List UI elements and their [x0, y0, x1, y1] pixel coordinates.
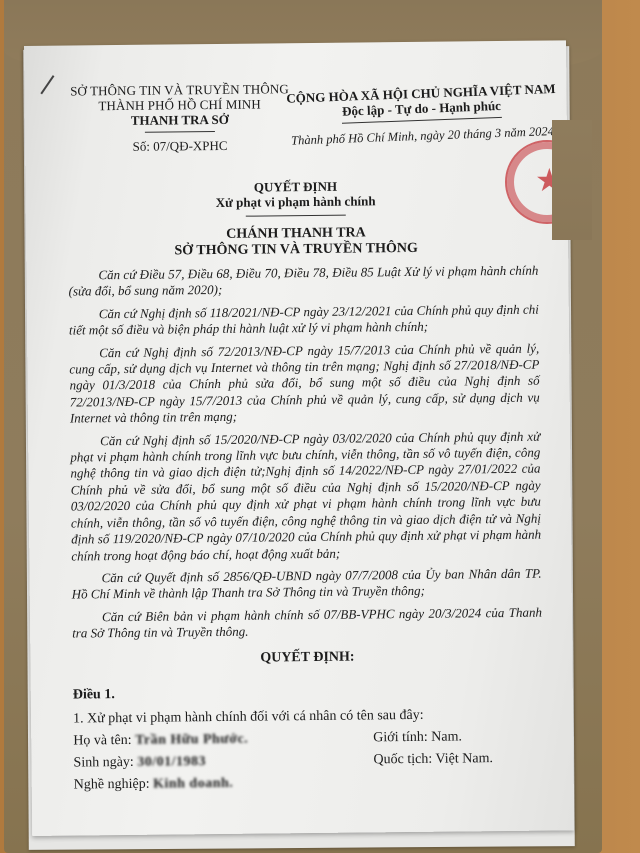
redacted-name: Trần Hữu Phước.	[135, 732, 248, 748]
agency-line-2: THÀNH PHỐ HỒ CHÍ MINH	[65, 96, 295, 113]
agency-line-3: THANH TRA SỞ	[65, 111, 295, 128]
place-and-date: Thành phố Hồ Chí Minh, ngày 20 tháng 3 n…	[287, 124, 557, 149]
document-body: Căn cứ Điều 57, Điều 68, Điều 70, Điều 7…	[68, 263, 544, 797]
redacted-dob: 30/01/1983	[137, 754, 206, 770]
legal-basis: Căn cứ Nghị định số 118/2021/NĐ-CP ngày …	[69, 301, 539, 339]
legal-basis: Căn cứ Biên bản vi phạm hành chính số 07…	[72, 604, 542, 642]
article-1: Điều 1. 1. Xử phạt vi phạm hành chính đố…	[73, 680, 544, 797]
document-number: Số: 07/QĐ-XPHC	[65, 137, 295, 154]
nationality-field: Quốc tịch: Việt Nam.	[373, 748, 543, 772]
national-header: CỘNG HÒA XÃ HỘI CHỦ NGHĨA VIỆT NAM Độc l…	[286, 81, 558, 149]
gender-field: Giới tính: Nam.	[373, 726, 543, 750]
document-page: SỞ THÔNG TIN VÀ TRUYỀN THÔNG THÀNH PHỐ H…	[24, 40, 574, 836]
legal-basis: Căn cứ Quyết định số 2856/QĐ-UBND ngày 0…	[71, 566, 541, 604]
pen-mark	[40, 75, 54, 94]
legal-basis: Căn cứ Nghị định số 72/2013/NĐ-CP ngày 1…	[69, 340, 540, 427]
dob-field: Sinh ngày: 30/01/1983	[73, 751, 206, 774]
article-title: Điều 1.	[73, 680, 543, 707]
decision-heading: QUYẾT ĐỊNH:	[72, 647, 542, 668]
occupation-field: Nghề nghiệp: Kinh doanh.	[74, 770, 544, 797]
issuing-agency-header: SỞ THÔNG TIN VÀ TRUYỀN THÔNG THÀNH PHỐ H…	[64, 81, 295, 154]
divider	[145, 131, 215, 133]
legal-basis: Căn cứ Điều 57, Điều 68, Điều 70, Điều 7…	[68, 263, 538, 301]
divider	[342, 117, 502, 124]
legal-basis: Căn cứ Nghị định số 15/2020/NĐ-CP ngày 0…	[70, 428, 541, 564]
full-name-field: Họ và tên: Trần Hữu Phước.	[73, 729, 248, 753]
divider	[246, 215, 346, 217]
redacted-occupation: Kinh doanh.	[153, 776, 233, 792]
folder-edge	[552, 120, 592, 240]
decision-title-block: QUYẾT ĐỊNH Xử phạt vi phạm hành chính CH…	[25, 176, 566, 261]
